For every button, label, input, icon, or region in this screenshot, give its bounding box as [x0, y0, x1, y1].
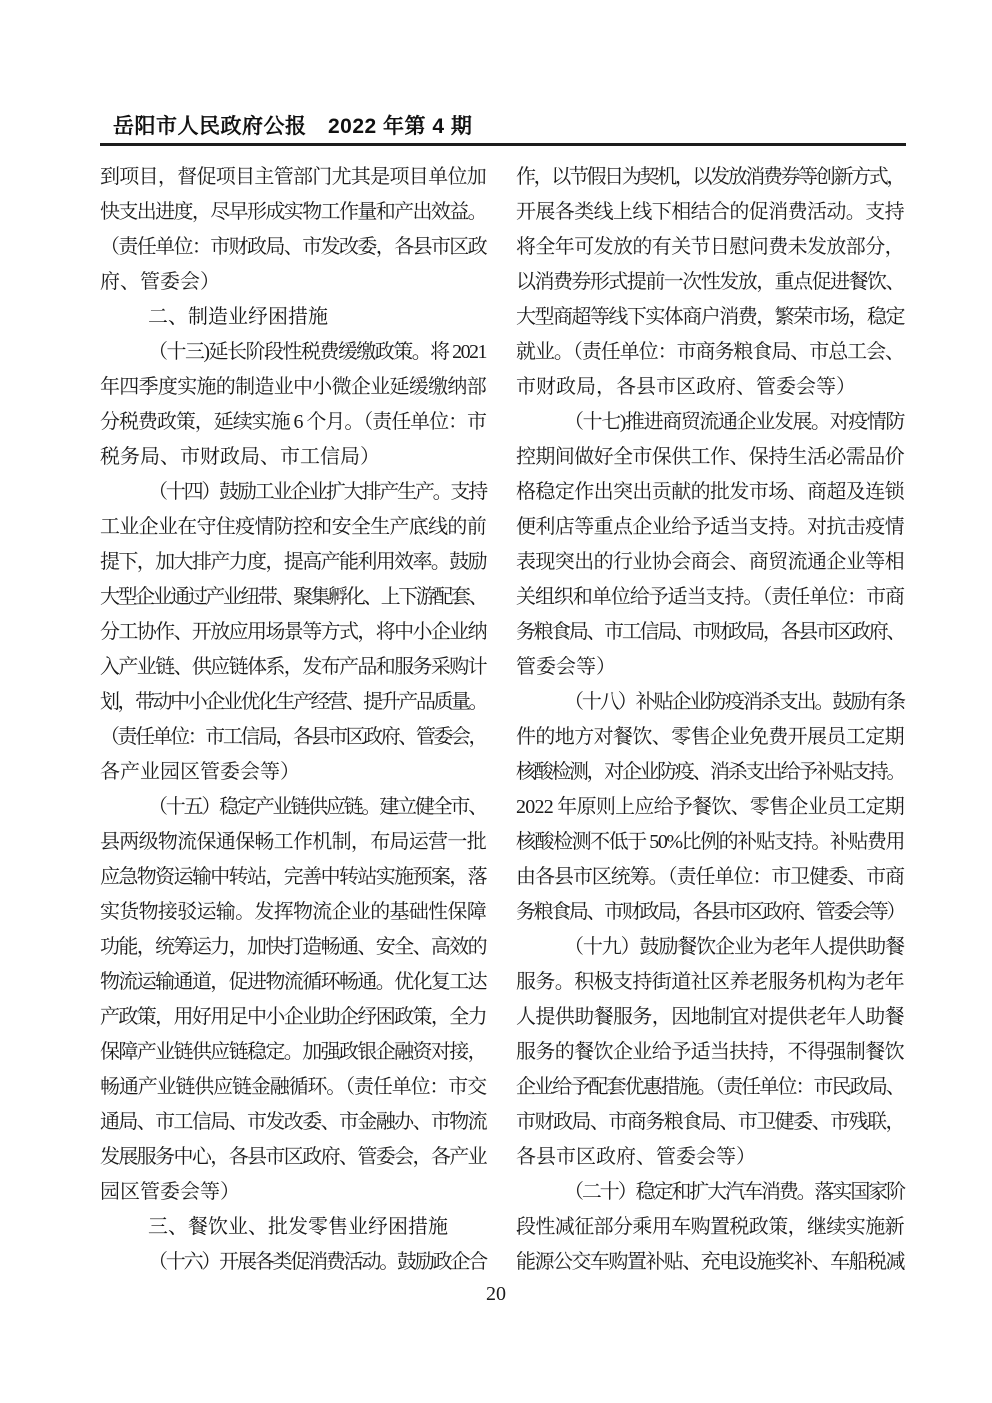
- line-text: 二、制造业纾困措施: [148, 306, 328, 328]
- line-text: 件的地方对餐饮、零售企业免费开展员工定期: [516, 726, 904, 748]
- line-text: 快支出进度，尽早形成实物工作量和产出效益。: [100, 201, 486, 223]
- line-text: 市财政局、市商务粮食局、市卫健委、市残联，: [516, 1111, 904, 1133]
- text-line: （十五）稳定产业链供应链。建立健全市、: [100, 790, 486, 825]
- text-line: 工业企业在守住疫情防控和安全生产底线的前: [100, 510, 486, 545]
- gazette-header-title: 岳阳市人民政府公报 2022 年第 4 期: [100, 114, 906, 139]
- text-line: 划，带动中小企业优化生产经营、提升产品质量。: [100, 685, 486, 720]
- line-text: 管委会等）: [516, 656, 616, 678]
- line-text: 人提供助餐服务，因地制宜对提供老年人助餐: [516, 1006, 904, 1028]
- line-text: （十四）鼓励工业企业扩大排产生产。支持: [148, 481, 486, 503]
- text-line: 市财政局、市商务粮食局、市卫健委、市残联，: [516, 1105, 904, 1140]
- text-line: 保障产业链供应链稳定。加强政银企融资对接，: [100, 1035, 486, 1070]
- text-line: 务粮食局、市财政局，各县市区政府、管委会等）: [516, 895, 904, 930]
- section-heading-line: 二、制造业纾困措施: [100, 300, 486, 335]
- line-text: 到项目，督促项目主管部门尤其是项目单位加: [100, 166, 486, 188]
- text-line: 发展服务中心，各县市区政府、管委会，各产业: [100, 1140, 486, 1175]
- line-text: 便利店等重点企业给予适当支持。对抗击疫情: [516, 516, 904, 538]
- text-line: 由各县市区统筹。（责任单位：市卫健委、市商: [516, 860, 904, 895]
- text-line: 服务。积极支持街道社区养老服务机构为老年: [516, 965, 904, 1000]
- line-text: 各县市区政府、管委会等）: [516, 1146, 756, 1168]
- line-text: 畅通产业链供应链金融循环。（责任单位：市交: [100, 1076, 486, 1098]
- line-text: 核酸检测，对企业防疫、消杀支出给予补贴支持。: [516, 761, 904, 783]
- text-line: 将全年可发放的有关节日慰问费未发放部分，: [516, 230, 904, 265]
- line-text: 保障产业链供应链稳定。加强政银企融资对接，: [100, 1041, 486, 1063]
- text-line: 表现突出的行业协会商会、商贸流通企业等相: [516, 545, 904, 580]
- line-text: 分工协作、开放应用场景等方式，将中小企业纳: [100, 621, 486, 643]
- text-line: 畅通产业链供应链金融循环。（责任单位：市交: [100, 1070, 486, 1105]
- text-line: 务粮食局、市工信局、市财政局，各县市区政府、: [516, 615, 904, 650]
- line-text: 市财政局，各县市区政府、管委会等）: [516, 376, 856, 398]
- line-text: 关组织和单位给予适当支持。（责任单位：市商: [516, 586, 904, 608]
- line-text: （责任单位：市财政局、市发改委，各县市区政: [100, 236, 486, 258]
- text-line: 服务的餐饮企业给予适当扶持，不得强制餐饮: [516, 1035, 904, 1070]
- line-text: （十八）补贴企业防疫消杀支出。鼓励有条: [564, 691, 904, 713]
- text-line: （十九）鼓励餐饮企业为老年人提供助餐: [516, 930, 904, 965]
- line-text: 控期间做好全市保供工作、保持生活必需品价: [516, 446, 904, 468]
- line-text: （十六）开展各类促消费活动。鼓励政企合: [148, 1251, 486, 1273]
- line-text: 务粮食局、市工信局、市财政局，各县市区政府、: [516, 621, 904, 643]
- line-text: 划，带动中小企业优化生产经营、提升产品质量。: [100, 691, 486, 713]
- text-line: 产政策，用好用足中小企业助企纾困政策，全力: [100, 1000, 486, 1035]
- text-line: 市财政局，各县市区政府、管委会等）: [516, 370, 904, 405]
- line-text: 府、管委会）: [100, 271, 220, 293]
- line-text: 服务的餐饮企业给予适当扶持，不得强制餐饮: [516, 1041, 904, 1063]
- text-line: 大型商超等线下实体商户消费，繁荣市场，稳定: [516, 300, 904, 335]
- line-text: 年四季度实施的制造业中小微企业延缓缴纳部: [100, 376, 486, 398]
- line-text: 工业企业在守住疫情防控和安全生产底线的前: [100, 516, 486, 538]
- line-text: 能源公交车购置补贴、充电设施奖补、车船税减: [516, 1251, 904, 1273]
- line-text: 分税费政策，延续实施 6 个月。（责任单位：市: [100, 411, 486, 433]
- text-line: 便利店等重点企业给予适当支持。对抗击疫情: [516, 510, 904, 545]
- line-text: 表现突出的行业协会商会、商贸流通企业等相: [516, 551, 904, 573]
- text-line: 各县市区政府、管委会等）: [516, 1140, 904, 1175]
- text-line: 件的地方对餐饮、零售企业免费开展员工定期: [516, 720, 904, 755]
- text-line: 分工协作、开放应用场景等方式，将中小企业纳: [100, 615, 486, 650]
- line-text: 功能，统筹运力，加快打造畅通、安全、高效的: [100, 936, 486, 958]
- text-line: 关组织和单位给予适当支持。（责任单位：市商: [516, 580, 904, 615]
- page-header: 岳阳市人民政府公报 2022 年第 4 期: [100, 114, 906, 146]
- body-columns: 到项目，督促项目主管部门尤其是项目单位加快支出进度，尽早形成实物工作量和产出效益…: [100, 160, 906, 1280]
- text-line: 提下，加大排产力度，提高产能利用效率。鼓励: [100, 545, 486, 580]
- line-text: 大型商超等线下实体商户消费，繁荣市场，稳定: [516, 306, 904, 328]
- text-line: 县两级物流保通保畅工作机制，布局运营一批: [100, 825, 486, 860]
- text-line: 核酸检测不低于 50%比例的补贴支持。补贴费用: [516, 825, 904, 860]
- line-text: 服务。积极支持街道社区养老服务机构为老年: [516, 971, 904, 993]
- line-text: （十三)延长阶段性税费缓缴政策。将 2021: [148, 341, 486, 363]
- line-text: 产政策，用好用足中小企业助企纾困政策，全力: [100, 1006, 486, 1028]
- line-text: 大型企业通过产业纽带、聚集孵化、上下游配套、: [100, 586, 486, 608]
- line-text: （十五）稳定产业链供应链。建立健全市、: [148, 796, 486, 818]
- line-text: 2022 年原则上应给予餐饮、零售企业员工定期: [516, 796, 904, 818]
- text-line: （二十）稳定和扩大汽车消费。落实国家阶: [516, 1175, 904, 1210]
- text-line: 核酸检测，对企业防疫、消杀支出给予补贴支持。: [516, 755, 904, 790]
- text-line: 税务局、市财政局、市工信局）: [100, 440, 486, 475]
- line-text: 入产业链、供应链体系，发布产品和服务采购计: [100, 656, 486, 678]
- line-text: 各产业园区管委会等）: [100, 761, 300, 783]
- text-line: 段性减征部分乘用车购置税政策，继续实施新: [516, 1210, 904, 1245]
- line-text: （十九）鼓励餐饮企业为老年人提供助餐: [564, 936, 904, 958]
- section-heading-line: 三、餐饮业、批发零售业纾困措施: [100, 1210, 486, 1245]
- gazette-page: 岳阳市人民政府公报 2022 年第 4 期 到项目，督促项目主管部门尤其是项目单…: [0, 0, 992, 1403]
- text-line: 年四季度实施的制造业中小微企业延缓缴纳部: [100, 370, 486, 405]
- text-line: 能源公交车购置补贴、充电设施奖补、车船税减: [516, 1245, 904, 1280]
- line-text: 县两级物流保通保畅工作机制，布局运营一批: [100, 831, 486, 853]
- text-line: 企业给予配套优惠措施。（责任单位：市民政局、: [516, 1070, 904, 1105]
- page-number: 20: [0, 1283, 992, 1305]
- text-line: 2022 年原则上应给予餐饮、零售企业员工定期: [516, 790, 904, 825]
- text-line: 府、管委会）: [100, 265, 486, 300]
- text-line: 实货物接驳运输。发挥物流企业的基础性保障: [100, 895, 486, 930]
- text-line: 以消费券形式提前一次性发放，重点促进餐饮、: [516, 265, 904, 300]
- text-line: （责任单位：市财政局、市发改委，各县市区政: [100, 230, 486, 265]
- line-text: 企业给予配套优惠措施。（责任单位：市民政局、: [516, 1076, 904, 1098]
- line-text: 发展服务中心，各县市区政府、管委会，各产业: [100, 1146, 486, 1168]
- line-text: （二十）稳定和扩大汽车消费。落实国家阶: [564, 1181, 904, 1203]
- line-text: 物流运输通道，促进物流循环畅通。优化复工达: [100, 971, 486, 993]
- line-text: 格稳定作出突出贡献的批发市场、商超及连锁: [516, 481, 904, 503]
- text-line: 分税费政策，延续实施 6 个月。（责任单位：市: [100, 405, 486, 440]
- text-line: 功能，统筹运力，加快打造畅通、安全、高效的: [100, 930, 486, 965]
- text-line: 通局、市工信局、市发改委、市金融办、市物流: [100, 1105, 486, 1140]
- text-line: 园区管委会等）: [100, 1175, 486, 1210]
- line-text: 将全年可发放的有关节日慰问费未发放部分，: [516, 236, 904, 258]
- text-line: （责任单位：市工信局，各县市区政府、管委会，: [100, 720, 486, 755]
- line-text: 实货物接驳运输。发挥物流企业的基础性保障: [100, 901, 486, 923]
- text-line: 管委会等）: [516, 650, 904, 685]
- line-text: 应急物资运输中转站，完善中转站实施预案，落: [100, 866, 486, 888]
- text-line: 到项目，督促项目主管部门尤其是项目单位加: [100, 160, 486, 195]
- text-line: 作，以节假日为契机，以发放消费券等创新方式，: [516, 160, 904, 195]
- text-line: 入产业链、供应链体系，发布产品和服务采购计: [100, 650, 486, 685]
- line-text: 三、餐饮业、批发零售业纾困措施: [148, 1216, 448, 1238]
- text-line: 格稳定作出突出贡献的批发市场、商超及连锁: [516, 475, 904, 510]
- text-line: （十七)推进商贸流通企业发展。对疫情防: [516, 405, 904, 440]
- text-line: 物流运输通道，促进物流循环畅通。优化复工达: [100, 965, 486, 1000]
- text-line: 就业。（责任单位：市商务粮食局、市总工会、: [516, 335, 904, 370]
- line-text: 核酸检测不低于 50%比例的补贴支持。补贴费用: [516, 831, 904, 853]
- text-line: 控期间做好全市保供工作、保持生活必需品价: [516, 440, 904, 475]
- text-line: 各产业园区管委会等）: [100, 755, 486, 790]
- text-line: 应急物资运输中转站，完善中转站实施预案，落: [100, 860, 486, 895]
- line-text: 就业。（责任单位：市商务粮食局、市总工会、: [516, 341, 904, 363]
- line-text: 通局、市工信局、市发改委、市金融办、市物流: [100, 1111, 486, 1133]
- left-text-column: 到项目，督促项目主管部门尤其是项目单位加快支出进度，尽早形成实物工作量和产出效益…: [100, 160, 486, 1280]
- line-text: 段性减征部分乘用车购置税政策，继续实施新: [516, 1216, 904, 1238]
- text-line: 开展各类线上线下相结合的促消费活动。支持: [516, 195, 904, 230]
- line-text: 由各县市区统筹。（责任单位：市卫健委、市商: [516, 866, 904, 888]
- text-line: （十三)延长阶段性税费缓缴政策。将 2021: [100, 335, 486, 370]
- line-text: 提下，加大排产力度，提高产能利用效率。鼓励: [100, 551, 486, 573]
- line-text: 税务局、市财政局、市工信局）: [100, 446, 380, 468]
- line-text: 园区管委会等）: [100, 1181, 240, 1203]
- line-text: （责任单位：市工信局，各县市区政府、管委会，: [100, 726, 486, 748]
- text-line: 人提供助餐服务，因地制宜对提供老年人助餐: [516, 1000, 904, 1035]
- text-line: （十六）开展各类促消费活动。鼓励政企合: [100, 1245, 486, 1280]
- line-text: 务粮食局、市财政局，各县市区政府、管委会等）: [516, 901, 904, 923]
- line-text: （十七)推进商贸流通企业发展。对疫情防: [564, 411, 904, 433]
- text-line: （十四）鼓励工业企业扩大排产生产。支持: [100, 475, 486, 510]
- text-line: 快支出进度，尽早形成实物工作量和产出效益。: [100, 195, 486, 230]
- line-text: 作，以节假日为契机，以发放消费券等创新方式，: [516, 166, 904, 188]
- right-text-column: 作，以节假日为契机，以发放消费券等创新方式，开展各类线上线下相结合的促消费活动。…: [516, 160, 904, 1280]
- header-rule-divider: [100, 143, 906, 146]
- text-line: （十八）补贴企业防疫消杀支出。鼓励有条: [516, 685, 904, 720]
- line-text: 以消费券形式提前一次性发放，重点促进餐饮、: [516, 271, 904, 293]
- text-line: 大型企业通过产业纽带、聚集孵化、上下游配套、: [100, 580, 486, 615]
- line-text: 开展各类线上线下相结合的促消费活动。支持: [516, 201, 904, 223]
